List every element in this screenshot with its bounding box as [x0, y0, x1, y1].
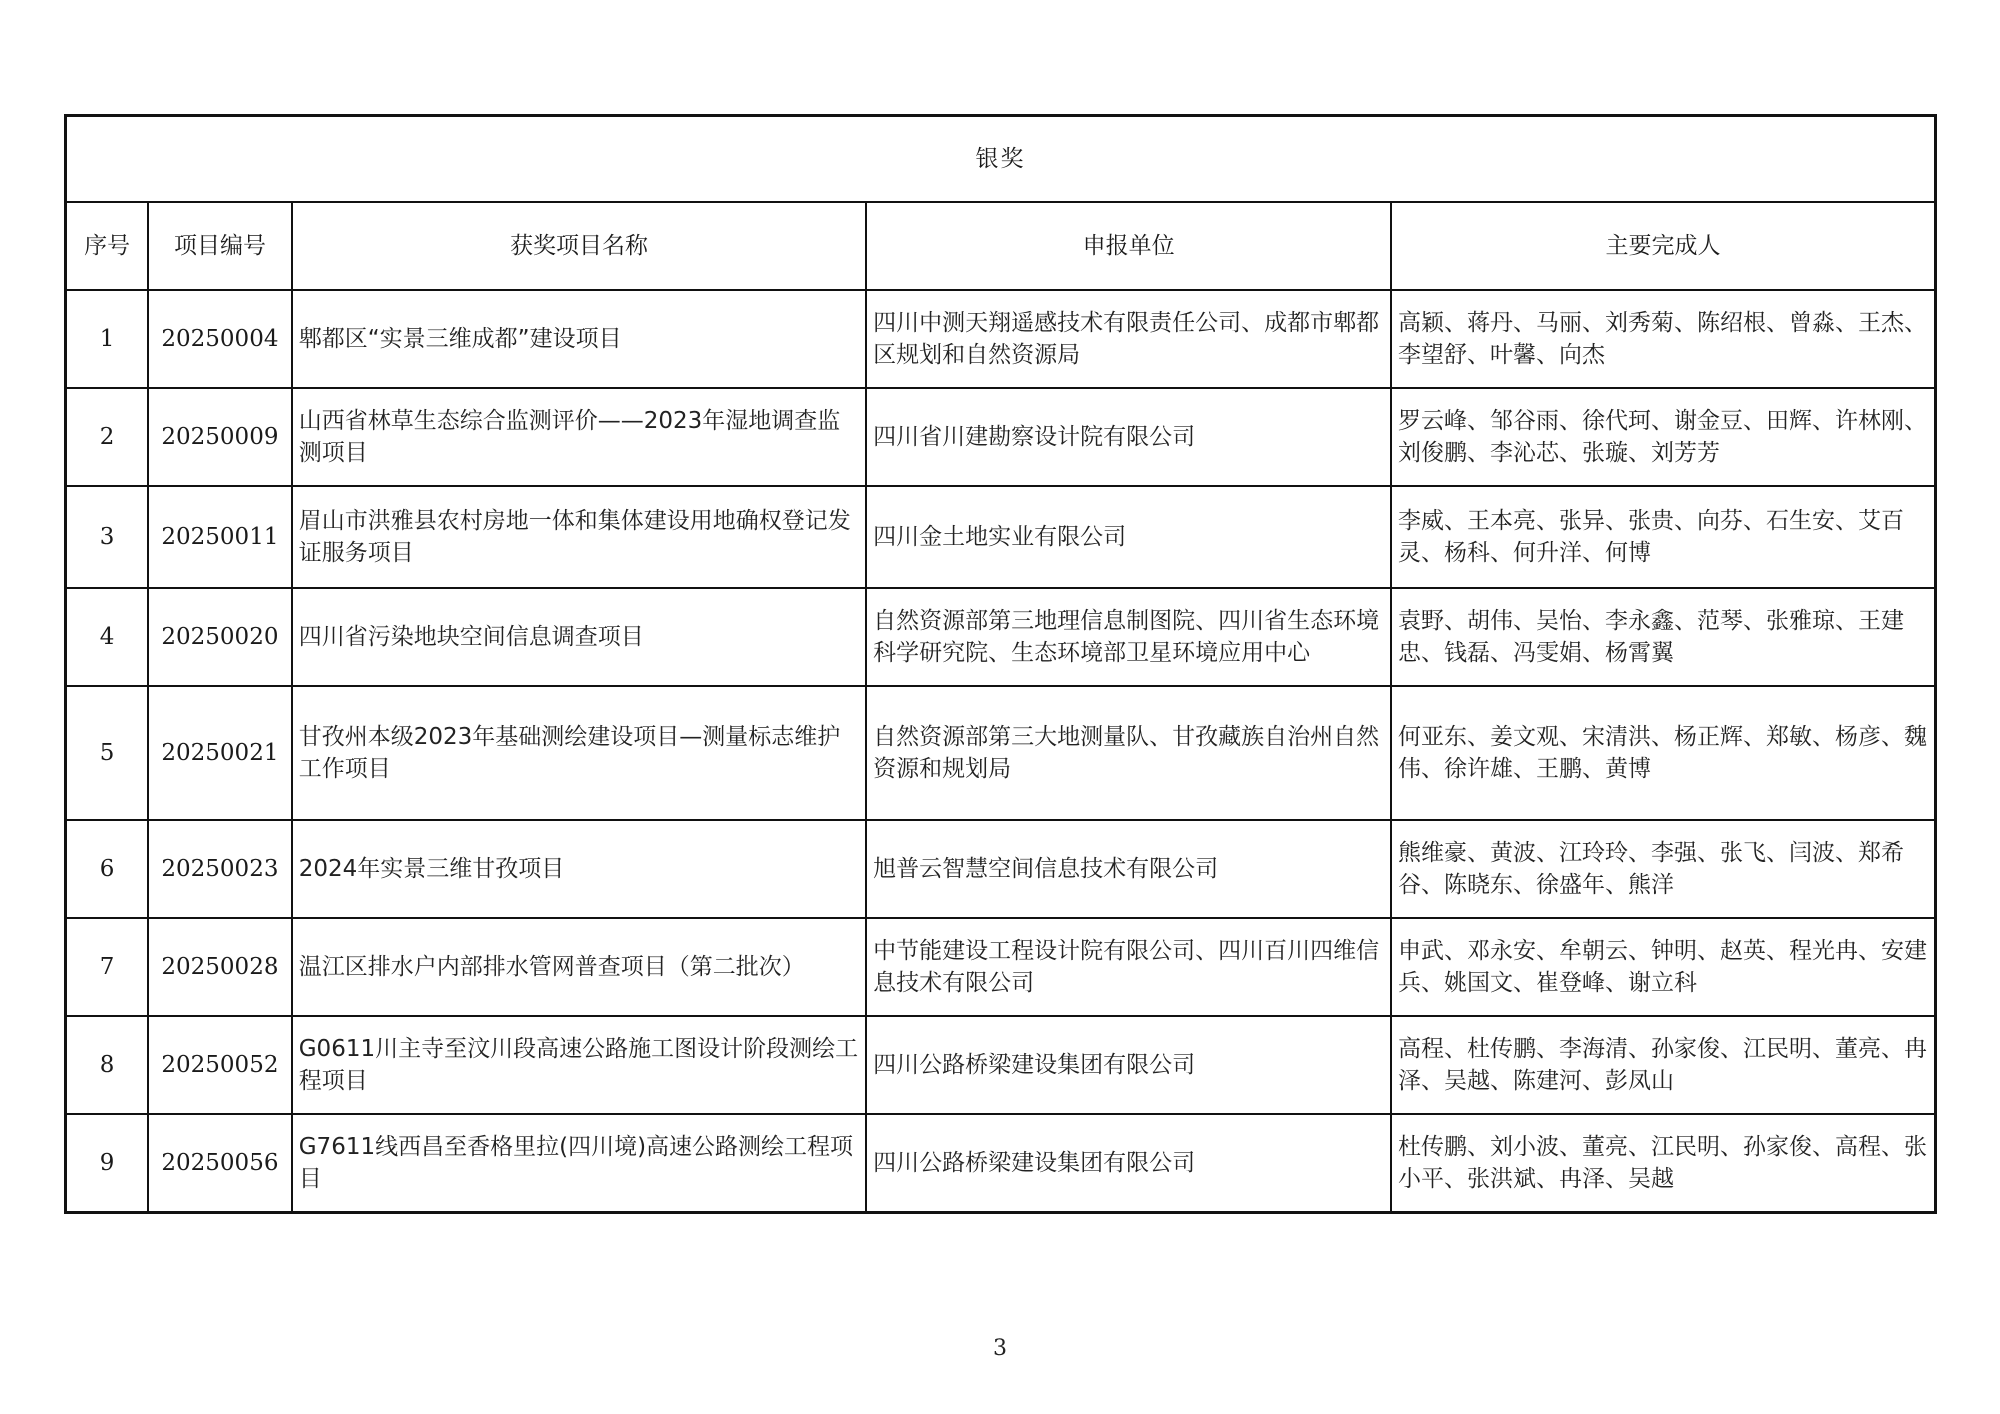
- cell-no: 6: [66, 820, 149, 918]
- silver-award-table: 银奖 序号 项目编号 获奖项目名称 申报单位 主要完成人 1 20250004 …: [64, 114, 1937, 1214]
- cell-no: 1: [66, 290, 149, 388]
- header-people: 主要完成人: [1391, 202, 1936, 290]
- cell-unit: 中节能建设工程设计院有限公司、四川百川四维信息技术有限公司: [866, 918, 1391, 1016]
- cell-people: 袁野、胡伟、吴怡、李永鑫、范琴、张雅琼、王建忠、钱磊、冯雯娟、杨霄翼: [1391, 588, 1936, 686]
- cell-people: 申武、邓永安、牟朝云、钟明、赵英、程光冉、安建兵、姚国文、崔登峰、谢立科: [1391, 918, 1936, 1016]
- cell-people: 杜传鹏、刘小波、董亮、江民明、孙家俊、高程、张小平、张洪斌、冉泽、吴越: [1391, 1114, 1936, 1212]
- cell-people: 熊维豪、黄波、江玲玲、李强、张飞、闫波、郑希谷、陈晓东、徐盛年、熊洋: [1391, 820, 1936, 918]
- header-no: 序号: [66, 202, 149, 290]
- table-header-row: 序号 项目编号 获奖项目名称 申报单位 主要完成人: [66, 202, 1936, 290]
- cell-people: 何亚东、姜文观、宋清洪、杨正辉、郑敏、杨彦、魏伟、徐许雄、王鹏、黄博: [1391, 686, 1936, 820]
- header-name: 获奖项目名称: [292, 202, 866, 290]
- cell-unit: 旭普云智慧空间信息技术有限公司: [866, 820, 1391, 918]
- cell-no: 3: [66, 486, 149, 588]
- cell-unit: 自然资源部第三地理信息制图院、四川省生态环境科学研究院、生态环境部卫星环境应用中…: [866, 588, 1391, 686]
- cell-people: 高颖、蒋丹、马丽、刘秀菊、陈绍根、曾淼、王杰、李望舒、叶馨、向杰: [1391, 290, 1936, 388]
- cell-code: 20250028: [148, 918, 292, 1016]
- page-number: 3: [0, 1336, 2000, 1361]
- table-title-row: 银奖: [66, 116, 1936, 203]
- cell-code: 20250023: [148, 820, 292, 918]
- cell-no: 5: [66, 686, 149, 820]
- cell-name: 甘孜州本级2023年基础测绘建设项目—测量标志维护工作项目: [292, 686, 866, 820]
- cell-name: 郫都区“实景三维成都”建设项目: [292, 290, 866, 388]
- table-row: 9 20250056 G7611线西昌至香格里拉(四川境)高速公路测绘工程项目 …: [66, 1114, 1936, 1212]
- table-row: 1 20250004 郫都区“实景三维成都”建设项目 四川中测天翔遥感技术有限责…: [66, 290, 1936, 388]
- cell-people: 李威、王本亮、张异、张贵、向芬、石生安、艾百灵、杨科、何升洋、何博: [1391, 486, 1936, 588]
- cell-people: 罗云峰、邹谷雨、徐代珂、谢金豆、田辉、许林刚、刘俊鹏、李沁芯、张璇、刘芳芳: [1391, 388, 1936, 486]
- cell-code: 20250009: [148, 388, 292, 486]
- table-row: 4 20250020 四川省污染地块空间信息调查项目 自然资源部第三地理信息制图…: [66, 588, 1936, 686]
- cell-unit: 四川省川建勘察设计院有限公司: [866, 388, 1391, 486]
- header-code: 项目编号: [148, 202, 292, 290]
- cell-unit: 四川公路桥梁建设集团有限公司: [866, 1016, 1391, 1114]
- document-page: 银奖 序号 项目编号 获奖项目名称 申报单位 主要完成人 1 20250004 …: [0, 0, 2000, 1414]
- table-row: 5 20250021 甘孜州本级2023年基础测绘建设项目—测量标志维护工作项目…: [66, 686, 1936, 820]
- cell-code: 20250011: [148, 486, 292, 588]
- cell-name: 温江区排水户内部排水管网普查项目（第二批次）: [292, 918, 866, 1016]
- cell-no: 7: [66, 918, 149, 1016]
- cell-name: G0611川主寺至汶川段高速公路施工图设计阶段测绘工程项目: [292, 1016, 866, 1114]
- cell-no: 2: [66, 388, 149, 486]
- cell-code: 20250020: [148, 588, 292, 686]
- table-row: 3 20250011 眉山市洪雅县农村房地一体和集体建设用地确权登记发证服务项目…: [66, 486, 1936, 588]
- cell-no: 8: [66, 1016, 149, 1114]
- header-unit: 申报单位: [866, 202, 1391, 290]
- cell-name: 2024年实景三维甘孜项目: [292, 820, 866, 918]
- table-row: 7 20250028 温江区排水户内部排水管网普查项目（第二批次） 中节能建设工…: [66, 918, 1936, 1016]
- cell-code: 20250021: [148, 686, 292, 820]
- cell-unit: 四川公路桥梁建设集团有限公司: [866, 1114, 1391, 1212]
- cell-code: 20250004: [148, 290, 292, 388]
- cell-name: 四川省污染地块空间信息调查项目: [292, 588, 866, 686]
- cell-name: G7611线西昌至香格里拉(四川境)高速公路测绘工程项目: [292, 1114, 866, 1212]
- table-title: 银奖: [66, 116, 1936, 203]
- cell-unit: 自然资源部第三大地测量队、甘孜藏族自治州自然资源和规划局: [866, 686, 1391, 820]
- cell-unit: 四川中测天翔遥感技术有限责任公司、成都市郫都区规划和自然资源局: [866, 290, 1391, 388]
- cell-people: 高程、杜传鹏、李海清、孙家俊、江民明、董亮、冉泽、吴越、陈建河、彭凤山: [1391, 1016, 1936, 1114]
- cell-no: 9: [66, 1114, 149, 1212]
- cell-code: 20250052: [148, 1016, 292, 1114]
- cell-name: 山西省林草生态综合监测评价——2023年湿地调查监测项目: [292, 388, 866, 486]
- table-row: 2 20250009 山西省林草生态综合监测评价——2023年湿地调查监测项目 …: [66, 388, 1936, 486]
- cell-code: 20250056: [148, 1114, 292, 1212]
- cell-no: 4: [66, 588, 149, 686]
- cell-unit: 四川金土地实业有限公司: [866, 486, 1391, 588]
- table-row: 6 20250023 2024年实景三维甘孜项目 旭普云智慧空间信息技术有限公司…: [66, 820, 1936, 918]
- cell-name: 眉山市洪雅县农村房地一体和集体建设用地确权登记发证服务项目: [292, 486, 866, 588]
- table-row: 8 20250052 G0611川主寺至汶川段高速公路施工图设计阶段测绘工程项目…: [66, 1016, 1936, 1114]
